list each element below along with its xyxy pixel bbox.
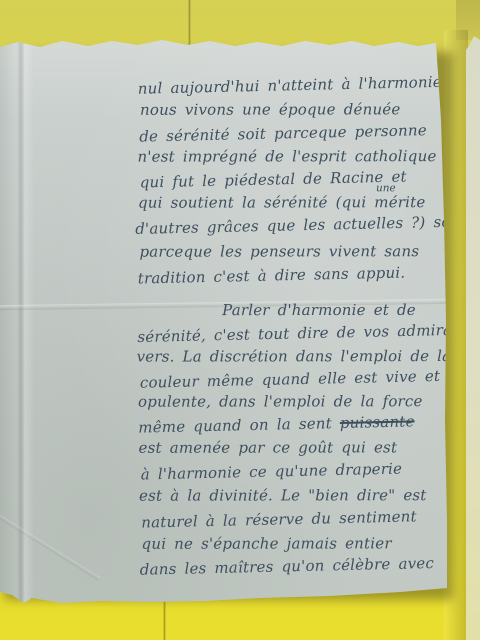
line-text: tradition c'est à dire sans appui. — [138, 263, 406, 287]
photo-of-handwritten-letter: nul aujourd'hui n'atteint à l'harmonie n… — [0, 0, 480, 640]
handwritten-line: n'est imprégné de l'esprit catholique — [137, 147, 436, 166]
line-text: opulente, dans l'emploi de la force — [138, 392, 423, 410]
struck-word: puissante — [340, 412, 415, 432]
handwritten-line: est amenée par ce goût qui est — [139, 438, 398, 456]
line-text: sérénité, c'est tout dire de vos admirab… — [137, 320, 480, 346]
handwritten-line: de sérénité soit parceque personne — [139, 121, 427, 146]
handwritten-line: Parler d'harmonie et de — [222, 301, 416, 319]
handwritten-line: couleur même quand elle est vive et — [140, 367, 441, 392]
line-text: de sérénité soit parceque personne — [139, 121, 427, 146]
line-text: dans les maîtres qu'on célèbre avec — [140, 554, 435, 579]
line-text: parceque les penseurs vivent sans — [139, 242, 419, 260]
line-text: nous vivons une époque dénuée — [140, 100, 400, 118]
handwritten-line: à l'harmonie ce qu'une draperie — [141, 460, 403, 484]
handwritten-line: est à la divinité. Le "bien dire" est — [139, 486, 427, 505]
line-text: naturel à la réserve du sentiment — [141, 507, 417, 531]
line-text: d'autres grâces que les actuelles ?) soi… — [135, 213, 462, 238]
line-text: n'est imprégné de l'esprit catholique — [137, 147, 436, 166]
line-text: couleur même quand elle est vive et — [140, 367, 441, 392]
background-fold-crease-top — [188, 0, 191, 46]
line-text: à l'harmonie ce qu'une draperie — [141, 460, 403, 484]
line-text: qui soutient la sérénité (qui mérite — [138, 193, 426, 212]
line-text: est à la divinité. Le "bien dire" est — [139, 486, 427, 505]
line-text: même quand on la sent — [138, 414, 340, 437]
inserted-word-above-line: une — [376, 182, 396, 194]
handwritten-line: d'autres grâces que les actuelles ?) soi… — [135, 213, 462, 238]
line-text: Parler d'harmonie et de — [222, 301, 416, 319]
adjacent-sheet-edge — [466, 34, 480, 640]
handwritten-line: opulente, dans l'emploi de la force — [138, 392, 423, 410]
handwritten-line: dans les maîtres qu'on célèbre avec — [140, 554, 435, 579]
handwritten-line: parceque les penseurs vivent sans — [139, 242, 419, 260]
handwritten-line: nous vivons une époque dénuée — [140, 100, 400, 118]
line-text: est amenée par ce goût qui est — [139, 438, 398, 456]
handwritten-line: naturel à la réserve du sentiment — [141, 507, 417, 531]
line-text: qui fut le piédestal de Racine et — [140, 167, 407, 191]
line-text: vers. La discrétion dans l'emploi de la — [137, 347, 452, 366]
handwritten-line: vers. La discrétion dans l'emploi de la — [137, 347, 452, 366]
letter-paper: nul aujourd'hui n'atteint à l'harmonie n… — [0, 0, 448, 604]
line-text: qui ne s'épanche jamais entier — [142, 534, 392, 552]
handwritten-line: qui fut le piédestal de Racine et — [140, 167, 407, 191]
handwritten-line: nul aujourd'hui n'atteint à l'harmonie — [138, 73, 442, 98]
handwritten-line: tradition c'est à dire sans appui. — [138, 263, 406, 287]
handwritten-line: qui ne s'épanche jamais entier — [142, 534, 392, 552]
handwritten-line: même quand on la sent puissante — [138, 412, 415, 436]
line-text: nul aujourd'hui n'atteint à l'harmonie — [138, 73, 442, 98]
handwritten-line: qui soutient la sérénité (qui mérite une — [138, 193, 426, 212]
handwriting-block: nul aujourd'hui n'atteint à l'harmonie n… — [0, 0, 451, 606]
handwritten-line: sérénité, c'est tout dire de vos admirab… — [137, 320, 480, 346]
